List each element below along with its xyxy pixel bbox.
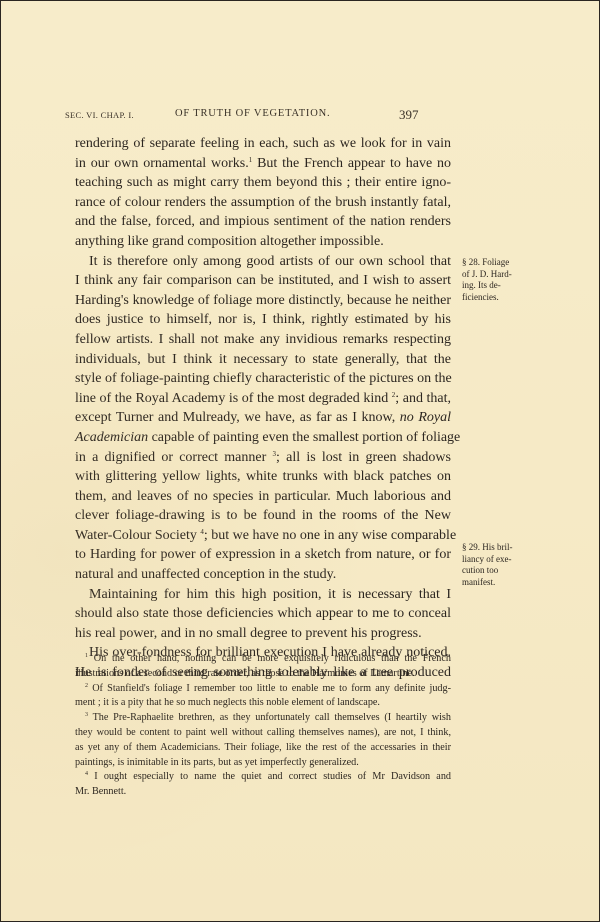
running-head: SEC. VI. CHAP. I. OF TRUTH OF VEGETATION… xyxy=(65,108,435,122)
text-line: clever foliage-drawing is to be found in… xyxy=(75,506,451,526)
text-line: does justice to himself, nor is, I think… xyxy=(75,310,451,330)
footnote-line: Mr. Bennett. xyxy=(75,785,451,800)
paragraph-start: Maintaining for him this high position, … xyxy=(75,585,451,605)
footnote-line: as yet any of them Academicians. Their f… xyxy=(75,741,451,756)
footnote-line: paintings, is inimitable in its parts, b… xyxy=(75,756,451,771)
text-line: natural and unaffected conception in the… xyxy=(75,565,451,585)
text-line: fellow artists. I shall not make any inv… xyxy=(75,330,451,350)
text-line: I think any fair comparison can be insti… xyxy=(75,271,451,291)
text-line: them, and leaves of no species in partic… xyxy=(75,487,451,507)
margin-note-29: § 29. His bril- liancy of exe- cution to… xyxy=(462,542,546,588)
footnote-3: 3 The Pre-Raphaelite brethren, as they u… xyxy=(75,711,451,726)
book-page: SEC. VI. CHAP. I. OF TRUTH OF VEGETATION… xyxy=(0,0,600,922)
text-line: Water-Colour Society 4; but we have no o… xyxy=(75,526,451,546)
text-line: teaching such as might carry them beyond… xyxy=(75,173,451,193)
text-line: in a dignified or correct manner 3; all … xyxy=(75,448,451,468)
text-line: with glittering yellow lights, white tru… xyxy=(75,467,451,487)
paragraph-start: It is therefore only among good artists … xyxy=(75,252,451,272)
footnote-line: ment ; it is a pity that he so much negl… xyxy=(75,696,451,711)
text-line: style of foliage-painting chiefly charac… xyxy=(75,369,451,389)
text-line: Harding's knowledge of foliage more dist… xyxy=(75,291,451,311)
text-line: individuals, but I think it necessary to… xyxy=(75,350,451,370)
footnote-line: illustrations of a second or third rate … xyxy=(75,667,451,682)
page-number: 397 xyxy=(399,107,419,123)
text-line: anything like grand composition altogeth… xyxy=(75,232,451,252)
footnote-2: 2 Of Stanfield's foliage I remember too … xyxy=(75,682,451,697)
text-line: rendering of separate feeling in each, s… xyxy=(75,134,451,154)
margin-note-28: § 28. Foliage of J. D. Hard- ing. Its de… xyxy=(462,257,546,303)
footnote-line: they would be content to paint well with… xyxy=(75,726,451,741)
text-line: except Turner and Mulready, we have, as … xyxy=(75,408,451,428)
footnote-4: 4 I ought especially to name the quiet a… xyxy=(75,770,451,785)
text-line: his real power, and in no small degree t… xyxy=(75,624,451,644)
footnote-1: 1 On the other hand, nothing can be more… xyxy=(75,652,451,667)
text-line: line of the Royal Academy is of the most… xyxy=(75,389,451,409)
section-label: SEC. VI. CHAP. I. xyxy=(65,110,134,120)
chapter-title: OF TRUTH OF VEGETATION. xyxy=(175,108,330,119)
main-text: rendering of separate feeling in each, s… xyxy=(75,134,451,683)
footnotes: 1 On the other hand, nothing can be more… xyxy=(75,652,451,800)
text-line: Academician capable of painting even the… xyxy=(75,428,451,448)
text-line: rance of colour renders the assumption o… xyxy=(75,193,451,213)
text-line: and the false, forced, and impious senti… xyxy=(75,212,451,232)
text-line: to Harding for power of expression in a … xyxy=(75,545,451,565)
text-line: in our own ornamental works.1 But the Fr… xyxy=(75,154,451,174)
text-line: should also state those deficiencies whi… xyxy=(75,604,451,624)
